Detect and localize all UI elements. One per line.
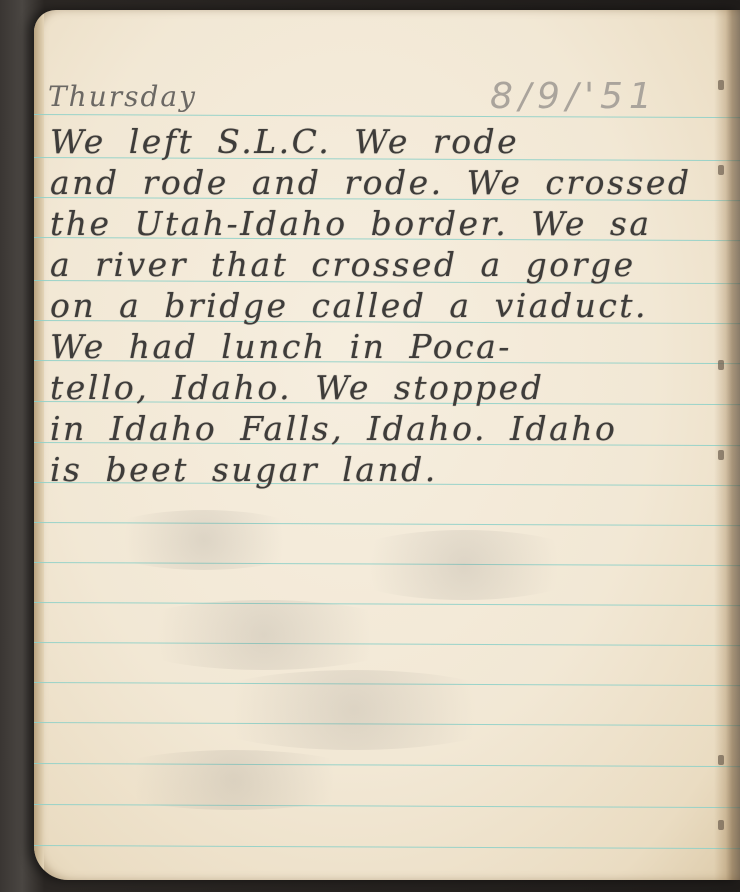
entry-line: We left S.L.C. We rode (50, 122, 519, 161)
entry-day: Thursday (48, 80, 197, 113)
smudge (334, 530, 594, 600)
smudge (114, 600, 414, 670)
entry-line: on a bridge called a viaduct. (50, 286, 648, 325)
binding-gutter (714, 10, 740, 880)
smudge (94, 750, 374, 810)
notebook-page: Thursday 8/9/'51 We left S.L.C. We rode … (34, 10, 740, 880)
ruled-line (34, 602, 740, 606)
entry-date: 8/9/'51 (490, 76, 658, 117)
binding-stitch (718, 450, 724, 460)
entry-line: and rode and rode. We crossed (50, 163, 692, 202)
binding-stitch (718, 360, 724, 370)
binding-stitch (718, 820, 724, 830)
page-left-edge (34, 10, 44, 880)
entry-line: a river that crossed a gorge (50, 245, 636, 284)
entry-line: is beet sugar land. (50, 450, 438, 489)
ruled-line (34, 804, 740, 808)
entry-line: tello, Idaho. We stopped (50, 368, 544, 407)
smudge (184, 670, 524, 750)
entry-line: the Utah-Idaho border. We sa (50, 204, 652, 243)
binding-stitch (718, 755, 724, 765)
smudge (94, 510, 314, 570)
binding-stitch (718, 80, 724, 90)
binding-stitch (718, 165, 724, 175)
entry-line: We had lunch in Poca- (50, 327, 512, 366)
ruled-line (34, 845, 740, 849)
entry-line: in Idaho Falls, Idaho. Idaho (50, 409, 617, 448)
